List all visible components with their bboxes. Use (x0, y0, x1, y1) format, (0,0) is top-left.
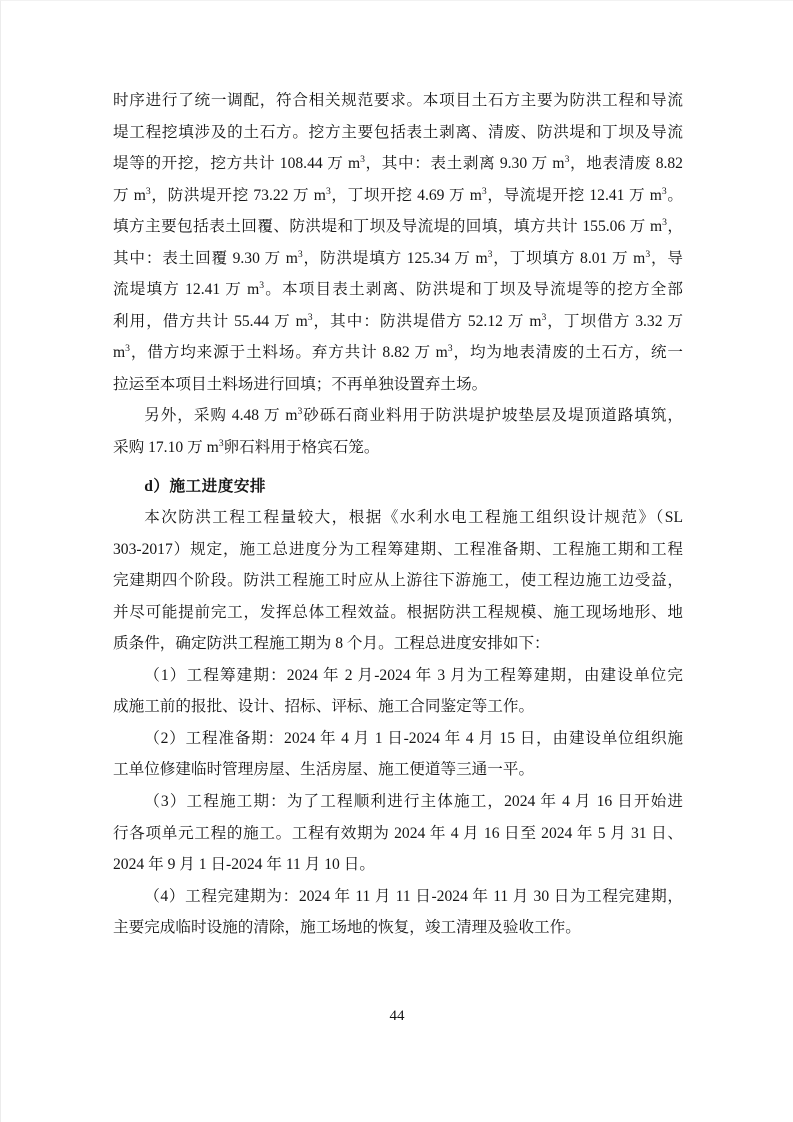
superscript: 3 (448, 343, 453, 354)
text-line: m3，借方均来源于土料场。弃方共计 8.82 万 m3，均为地表清废的土石方，统… (113, 337, 683, 369)
superscript: 3 (565, 154, 570, 165)
superscript: 3 (360, 154, 365, 165)
text-line: 填方主要包括表土回覆、防洪堤和丁坝及导流堤的回填，填方共计 155.06 万 m… (113, 211, 683, 243)
text-line: 采购 17.10 万 m3卵石料用于格宾石笼。 (113, 432, 683, 464)
text-line: 时序进行了统一调配，符合相关规范要求。本项目土石方主要为防洪工程和导流 (113, 85, 683, 117)
text-line: 主要完成临时设施的清除，施工场地的恢复，竣工清理及验收工作。 (113, 912, 683, 944)
text-line: （3）工程施工期：为了工程顺利进行主体施工，2024 年 4 月 16 日开始进 (113, 786, 683, 818)
text-line: 成施工前的报批、设计、招标、评标、施工合同鉴定等工作。 (113, 691, 683, 723)
text-line: （1）工程筹建期：2024 年 2 月-2024 年 3 月为工程筹建期，由建设… (113, 660, 683, 692)
document-body: 时序进行了统一调配，符合相关规范要求。本项目土石方主要为防洪工程和导流堤工程挖填… (113, 85, 683, 944)
page-footer: 44 (1, 1005, 793, 1027)
superscript: 3 (297, 406, 302, 417)
text-line: （2）工程准备期：2024 年 4 月 1 日-2024 年 4 月 15 日，… (113, 723, 683, 755)
document-page: 时序进行了统一调配，符合相关规范要求。本项目土石方主要为防洪工程和导流堤工程挖填… (0, 0, 793, 1122)
text-line: 工单位修建临时管理房屋、生活房屋、施工便道等三通一平。 (113, 754, 683, 786)
text-line: 拉运至本项目土料场进行回填；不再单独设置弃土场。 (113, 369, 683, 401)
text-line: 质条件，确定防洪工程施工期为 8 个月。工程总进度安排如下： (113, 628, 683, 660)
superscript: 3 (541, 312, 546, 323)
superscript: 3 (662, 217, 667, 228)
heading-line: d）施工进度安排 (113, 471, 683, 503)
superscript: 3 (219, 438, 224, 449)
text-line: 303-2017）规定，施工总进度分为工程筹建期、工程准备期、工程施工期和工程 (113, 534, 683, 566)
superscript: 3 (298, 249, 303, 260)
text-line: 堤等的开挖，挖方共计 108.44 万 m3，其中：表土剥离 9.30 万 m3… (113, 148, 683, 180)
superscript: 3 (146, 185, 151, 196)
page-number: 44 (390, 1008, 405, 1024)
text-line: 利用，借方共计 55.44 万 m3，其中：防洪堤借方 52.12 万 m3，丁… (113, 306, 683, 338)
superscript: 3 (259, 280, 264, 291)
superscript: 3 (662, 185, 667, 196)
text-line: 流堤填方 12.41 万 m3。本项目表土剥离、防洪堤和丁坝及导流堤等的挖方全部 (113, 274, 683, 306)
superscript: 3 (482, 185, 487, 196)
superscript: 3 (488, 249, 493, 260)
text-line: 并尽可能提前完工，发挥总体工程效益。根据防洪工程规模、施工现场地形、地 (113, 597, 683, 629)
text-line: （4）工程完建期为：2024 年 11 月 11 日-2024 年 11 月 3… (113, 881, 683, 913)
text-line: 2024 年 9 月 1 日-2024 年 11 月 10 日。 (113, 849, 683, 881)
superscript: 3 (326, 185, 331, 196)
text-line: 行各项单元工程的施工。工程有效期为 2024 年 4 月 16 日至 2024 … (113, 818, 683, 850)
text-line: 完建期四个阶段。防洪工程施工时应从上游往下游施工，使工程边施工边受益， (113, 565, 683, 597)
text-line: 本次防洪工程工程量较大，根据《水利水电工程施工组织设计规范》（SL (113, 502, 683, 534)
superscript: 3 (308, 312, 313, 323)
text-line: 其中：表土回覆 9.30 万 m3，防洪堤填方 125.34 万 m3，丁坝填方… (113, 243, 683, 275)
text-line: 堤工程挖填涉及的土石方。挖方主要包括表土剥离、清废、防洪堤和丁坝及导流 (113, 117, 683, 149)
text-line: 万 m3，防洪堤开挖 73.22 万 m3，丁坝开挖 4.69 万 m3，导流堤… (113, 180, 683, 212)
superscript: 3 (645, 249, 650, 260)
superscript: 3 (125, 343, 130, 354)
text-line: 另外，采购 4.48 万 m3砂砾石商业料用于防洪堤护坡垫层及堤顶道路填筑， (113, 400, 683, 432)
